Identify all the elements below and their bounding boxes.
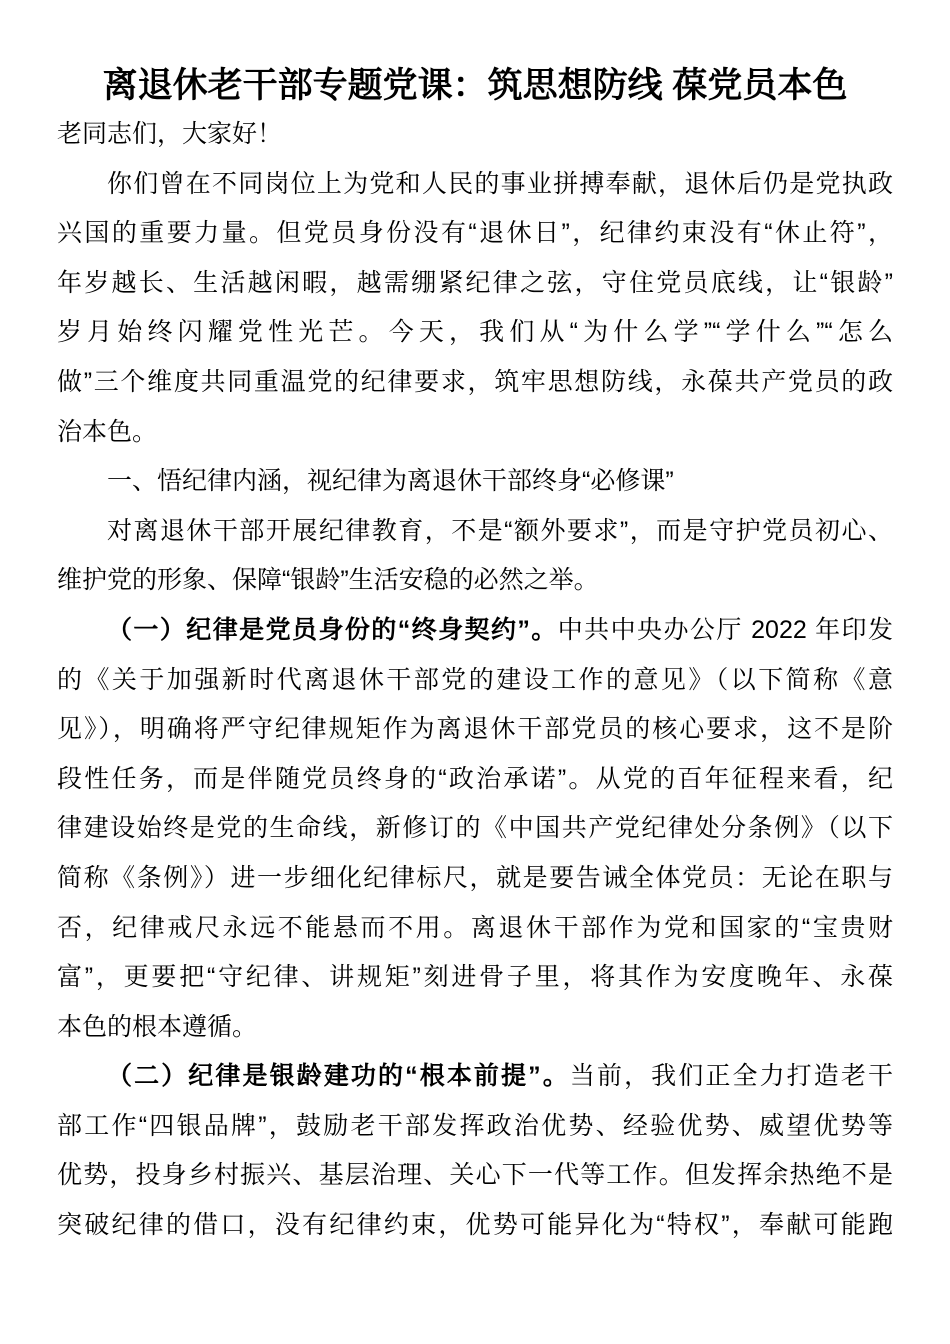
text-segment: 简称《条例》）进一步细化纪律标尺，就是要告诫全体党员：无论在职与 [57, 864, 893, 892]
text-line: 岁月始终闪耀党性光芒。今天，我们从“为什么学”“学什么”“怎么 [57, 308, 893, 358]
document-title: 离退休老干部专题党课：筑思想防线 葆党员本色 [57, 0, 893, 108]
text-segment: 段性任务，而是伴随党员终身的“政治承诺”。从党的百年征程来看，纪 [57, 765, 893, 793]
text-line: （二）纪律是银龄建功的“根本前提”。当前，我们正全力打造老干 [57, 1052, 893, 1102]
text-segment: 维护党的形象、保障“银龄”生活安稳的必然之举。 [57, 566, 599, 594]
text-line: 优势，投身乡村振兴、基层治理、关心下一代等工作。但发挥余热绝不是 [57, 1151, 893, 1201]
text-segment: 中共中央办公厅 2022 年印发 [558, 616, 893, 644]
text-segment: 做”三个维度共同重温党的纪律要求，筑牢思想防线，永葆共产党员的政 [57, 368, 893, 396]
text-line: 年岁越长、生活越闲暇，越需绷紧纪律之弦，守住党员底线，让“银龄” [57, 259, 893, 309]
text-segment: 治本色。 [57, 418, 157, 446]
text-line: 兴国的重要力量。但党员身份没有“退休日”，纪律约束没有“休止符”， [57, 209, 893, 259]
text-line: 富”，更要把“守纪律、讲规矩”刻进骨子里，将其作为安度晚年、永葆 [57, 953, 893, 1003]
text-segment: 部工作“四银品牌”，鼓励老干部发挥政治优势、经验优势、威望优势等 [57, 1112, 893, 1140]
bold-text-segment: （一）纪律是党员身份的“终身契约”。 [107, 616, 558, 644]
text-line: 否，纪律戒尺永远不能悬而不用。离退休干部作为党和国家的“宝贵财 [57, 904, 893, 954]
text-segment: 律建设始终是党的生命线，新修订的《中国共产党纪律处分条例》（以下 [57, 814, 893, 842]
text-line: 本色的根本遵循。 [57, 1003, 893, 1053]
text-segment: 年岁越长、生活越闲暇，越需绷紧纪律之弦，守住党员底线，让“银龄” [57, 269, 893, 297]
text-line: 段性任务，而是伴随党员终身的“政治承诺”。从党的百年征程来看，纪 [57, 755, 893, 805]
text-line: 维护党的形象、保障“银龄”生活安稳的必然之举。 [57, 556, 893, 606]
text-segment: 老同志们，大家好！ [57, 120, 282, 148]
text-segment: 的《关于加强新时代离退休干部党的建设工作的意见》（以下简称《意 [57, 666, 893, 694]
text-segment: 否，纪律戒尺永远不能悬而不用。离退休干部作为党和国家的“宝贵财 [57, 914, 893, 942]
document-page: 离退休老干部专题党课：筑思想防线 葆党员本色 老同志们，大家好！你们曾在不同岗位… [57, 0, 893, 1251]
text-segment: 突破纪律的借口，没有纪律约束，优势可能异化为“特权”，奉献可能跑 [57, 1211, 893, 1239]
text-line: 突破纪律的借口，没有纪律约束，优势可能异化为“特权”，奉献可能跑 [57, 1201, 893, 1251]
text-line: 律建设始终是党的生命线，新修订的《中国共产党纪律处分条例》（以下 [57, 804, 893, 854]
text-line: 一、悟纪律内涵，视纪律为离退休干部终身“必修课” [57, 457, 893, 507]
text-segment: 本色的根本遵循。 [57, 1013, 257, 1041]
text-segment: 岁月始终闪耀党性光芒。今天，我们从“为什么学”“学什么”“怎么 [57, 318, 893, 346]
text-segment: 对离退休干部开展纪律教育，不是“额外要求”，而是守护党员初心、 [107, 517, 893, 545]
text-segment: 你们曾在不同岗位上为党和人民的事业拼搏奉献，退休后仍是党执政 [107, 170, 893, 198]
text-line: 治本色。 [57, 408, 893, 458]
text-line: 老同志们，大家好！ [57, 110, 893, 160]
bold-text-segment: （二）纪律是银龄建功的“根本前提”。 [107, 1062, 570, 1090]
text-segment: 当前，我们正全力打造老干 [570, 1062, 893, 1090]
text-segment: 见》），明确将严守纪律规矩作为离退休干部党员的核心要求，这不是阶 [57, 715, 893, 743]
text-line: 你们曾在不同岗位上为党和人民的事业拼搏奉献，退休后仍是党执政 [57, 160, 893, 210]
text-segment: 兴国的重要力量。但党员身份没有“退休日”，纪律约束没有“休止符”， [57, 219, 893, 247]
text-line: 对离退休干部开展纪律教育，不是“额外要求”，而是守护党员初心、 [57, 507, 893, 557]
text-segment: 富”，更要把“守纪律、讲规矩”刻进骨子里，将其作为安度晚年、永葆 [57, 963, 893, 991]
text-line: （一）纪律是党员身份的“终身契约”。中共中央办公厅 2022 年印发 [57, 606, 893, 656]
text-segment: 优势，投身乡村振兴、基层治理、关心下一代等工作。但发挥余热绝不是 [57, 1161, 893, 1189]
text-line: 见》），明确将严守纪律规矩作为离退休干部党员的核心要求，这不是阶 [57, 705, 893, 755]
text-line: 做”三个维度共同重温党的纪律要求，筑牢思想防线，永葆共产党员的政 [57, 358, 893, 408]
text-line: 的《关于加强新时代离退休干部党的建设工作的意见》（以下简称《意 [57, 656, 893, 706]
text-segment: 一、悟纪律内涵，视纪律为离退休干部终身“必修课” [107, 467, 674, 495]
document-body: 老同志们，大家好！你们曾在不同岗位上为党和人民的事业拼搏奉献，退休后仍是党执政兴… [57, 110, 893, 1251]
text-line: 简称《条例》）进一步细化纪律标尺，就是要告诫全体党员：无论在职与 [57, 854, 893, 904]
text-line: 部工作“四银品牌”，鼓励老干部发挥政治优势、经验优势、威望优势等 [57, 1102, 893, 1152]
